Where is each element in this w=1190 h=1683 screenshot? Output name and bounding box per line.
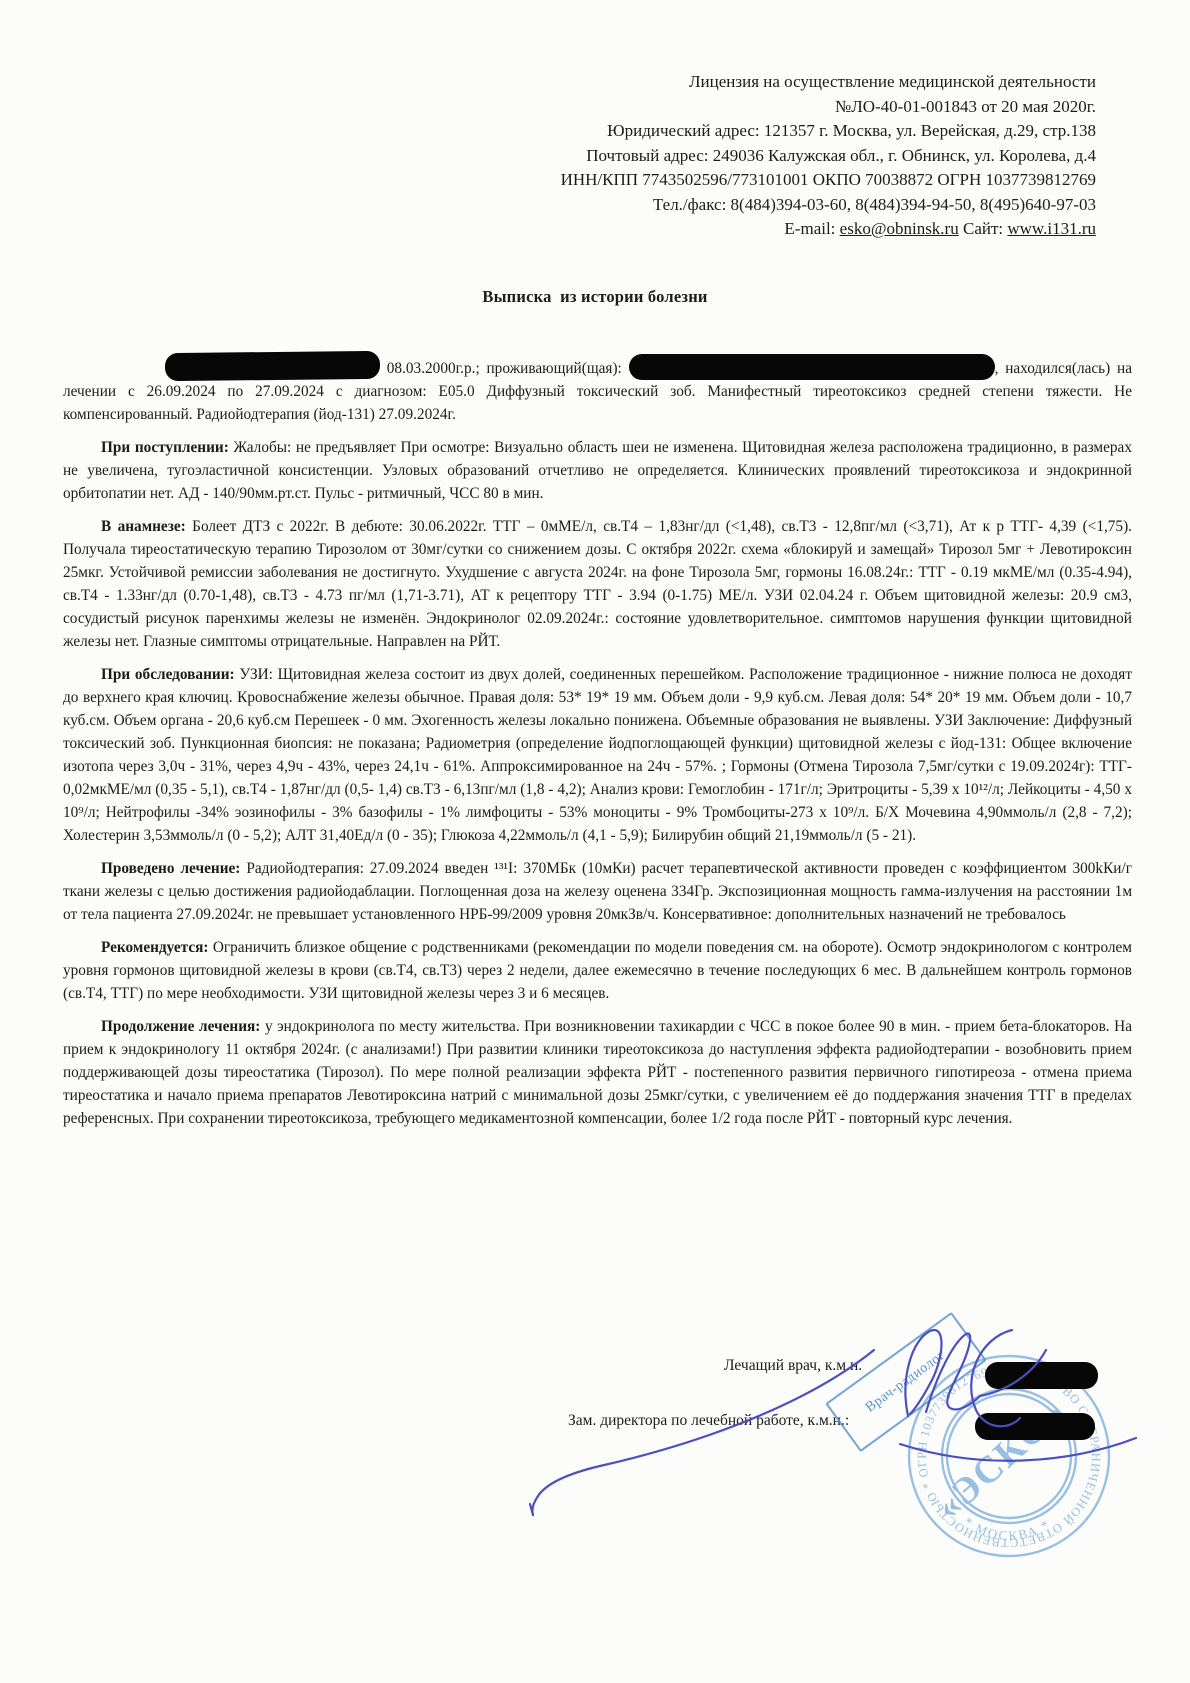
redaction-bar-patient-address	[629, 354, 995, 380]
header-line-inn-ogrn: ИНН/КПП 7743502596/773101001 ОКПО 700388…	[561, 168, 1096, 193]
section-admission-label: При поступлении:	[101, 439, 229, 456]
redaction-bar-patient-name	[165, 351, 380, 381]
deputy-signature-tip	[530, 1504, 533, 1515]
patient-after-redaction: ,	[995, 360, 999, 377]
section-recommendations: Рекомендуется: Ограничить близкое общени…	[63, 936, 1132, 1005]
redaction-bar-deputy-name	[975, 1413, 1095, 1440]
site-label: Сайт:	[959, 219, 1008, 238]
patient-birth-info: 08.03.2000г.р.; проживающий(щая):	[387, 360, 622, 377]
header-line-license: Лицензия на осуществление медицинской де…	[561, 70, 1096, 95]
section-treatment: Проведено лечение: Радиойодтерапия: 27.0…	[63, 857, 1132, 926]
header-line-legal-address: Юридический адрес: 121357 г. Москва, ул.…	[561, 119, 1096, 144]
section-anamnesis-label: В анамнезе:	[101, 518, 186, 535]
section-recommendations-label: Рекомендуется:	[101, 939, 209, 956]
patient-line: 08.03.2000г.р.; проживающий(щая): , нахо…	[63, 352, 1132, 426]
site-url: www.i131.ru	[1007, 219, 1096, 238]
license-header: Лицензия на осуществление медицинской де…	[561, 70, 1096, 242]
document-body: 08.03.2000г.р.; проживающий(щая): , нахо…	[63, 352, 1132, 1140]
header-line-contacts: E-mail: esko@obninsk.ru Сайт: www.i131.r…	[561, 217, 1096, 242]
header-line-license-number: №ЛО-40-01-001843 от 20 мая 2020г.	[561, 95, 1096, 120]
redaction-bar-attending-name	[985, 1362, 1098, 1389]
section-anamnesis-text: Болеет ДТЗ с 2022г. В дебюте: 30.06.2022…	[63, 518, 1132, 650]
section-admission: При поступлении: Жалобы: не предъявляет …	[63, 436, 1132, 505]
section-examination-label: При обследовании:	[101, 666, 235, 683]
header-line-postal-address: Почтовый адрес: 249036 Калужская обл., г…	[561, 144, 1096, 169]
deputy-director-label: Зам. директора по лечебной работе, к.м.н…	[568, 1412, 849, 1430]
section-recommendations-text: Ограничить близкое общение с родственник…	[63, 939, 1132, 1002]
page-title: Выписка из истории болезни	[0, 287, 1190, 307]
attending-physician-label: Лечащий врач, к.м.н.	[724, 1357, 862, 1375]
section-continuation: Продолжение лечения: у эндокринолога по …	[63, 1015, 1132, 1130]
header-line-phone: Тел./факс: 8(484)394-03-60, 8(484)394-94…	[561, 193, 1096, 218]
section-treatment-label: Проведено лечение:	[101, 860, 240, 877]
section-examination-text: УЗИ: Щитовидная железа состоит из двух д…	[63, 666, 1132, 844]
email-label: E-mail:	[784, 219, 839, 238]
section-continuation-label: Продолжение лечения:	[101, 1018, 260, 1035]
email-address: esko@obninsk.ru	[840, 219, 959, 238]
scanned-medical-document: Лицензия на осуществление медицинской де…	[0, 0, 1190, 1683]
section-anamnesis: В анамнезе: Болеет ДТЗ с 2022г. В дебюте…	[63, 515, 1132, 653]
section-examination: При обследовании: УЗИ: Щитовидная железа…	[63, 663, 1132, 847]
